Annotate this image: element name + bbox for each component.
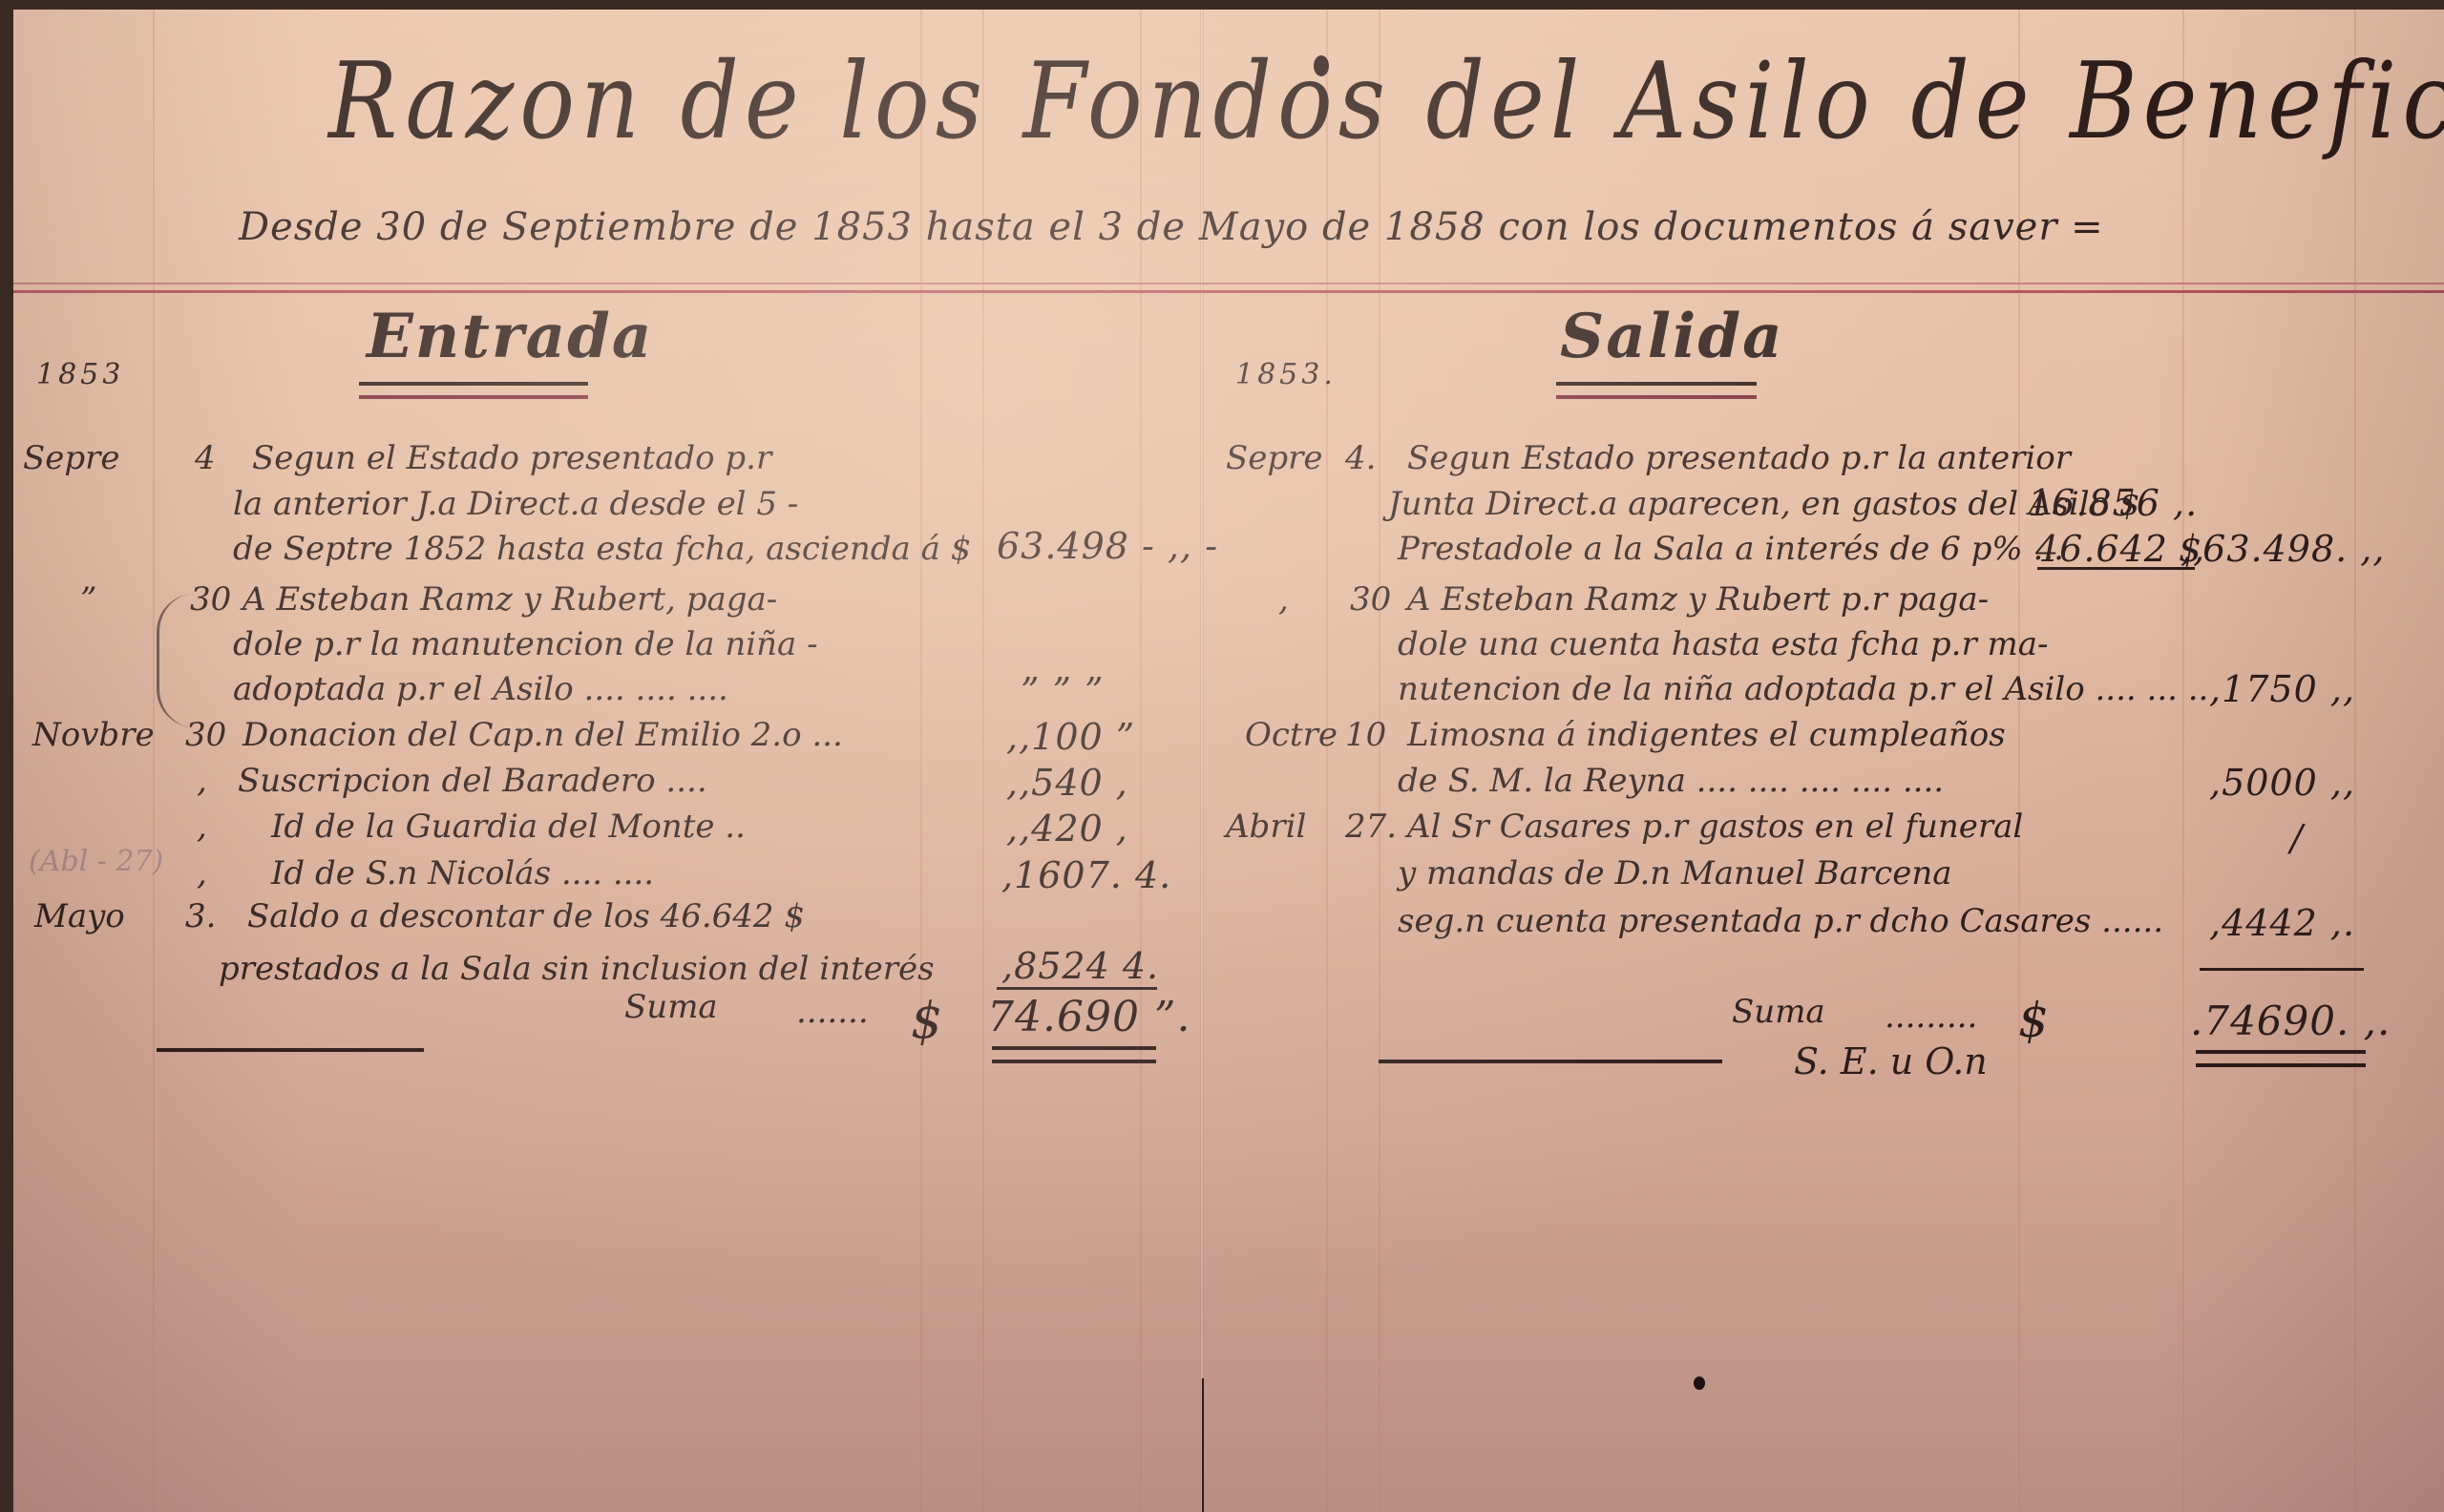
row-day: 27. [1345,808,1397,846]
row-month: Mayo [34,897,125,935]
sum-label: Suma [624,988,718,1026]
signoff: S. E. u O.n [1794,1040,1988,1082]
sum-label: Suma [1732,993,1825,1031]
row-description: A Esteban Ramz y Rubert, paga- [242,580,777,619]
row-amount: ,,100 ” [1006,716,1135,758]
ruling-line [2182,10,2184,1512]
row-day: 4 [195,439,216,477]
ruling-line [153,10,155,1512]
row-month: , [197,808,207,846]
closing-rule [157,1048,424,1052]
row-description: dole una cuenta hasta esta fcha p.r ma- [1398,625,2049,663]
subtotal-rule [2037,567,2195,570]
row-amount: ,4442 ,. [2209,902,2355,944]
row-day: 30 [190,580,231,619]
row-amount: ,5000 ,, [2209,762,2355,804]
salida-heading: Salida [1560,301,1784,372]
row-description: de Septre 1852 hasta esta fcha, ascienda… [233,530,971,568]
row-month: Sepre [1226,439,1323,477]
row-description: dole p.r la manutencion de la niña - [233,625,818,663]
row-description: y mandas de D.n Manuel Barcena [1398,854,1952,892]
row-description: Saldo a descontar de los 46.642 $ [247,897,805,935]
entrada-year: 1853 [36,358,124,391]
row-description: Al Sr Casares p.r gastos en el funeral [1407,808,2023,846]
row-month: Abril [1226,808,1306,846]
row-description: seg.n cuenta presentada p.r dcho Casares… [1398,902,2163,940]
row-description: A Esteban Ramz y Rubert p.r paga- [1407,580,1989,619]
row-month: Sepre [23,439,120,477]
row-description: prestados a la Sala sin inclusion del in… [219,950,935,988]
row-sub-amount: 16.856 ,. [2028,482,2198,524]
row-month: ” [80,580,96,619]
entrada-heading: Entrada [367,301,653,372]
row-day: 30 [185,716,226,754]
salida-year: 1853. [1235,358,1337,391]
page-title: Razon de los Fondos del Asilo de Benefic… [328,40,2444,163]
row-description: Id de la Guardia del Monte .. [271,808,746,846]
row-description: Donacion del Cap.n del Emilio 2.o ... [242,716,843,754]
row-amount: ,8524 4. [1001,945,1159,987]
header-rule [13,283,2444,284]
subtotal-rule [997,987,1157,990]
row-amount: ,1607. 4. [1001,854,1171,896]
row-description: Segun el Estado presentado p.r [252,439,771,477]
row-description: Limosna á indigentes el cumpleaños [1407,716,2006,754]
row-day: 3. [185,897,216,935]
sum-leader: ....... [796,993,869,1031]
row-description: de S. M. la Reyna .... .... .... .... ..… [1398,762,1944,800]
row-description: la anterior J.a Direct.a desde el 5 - [233,485,798,523]
total-double-rule [2196,1050,2366,1067]
ruling-line [2354,10,2356,1512]
row-day: 30 [1350,580,1391,619]
subtotal-rule [2200,968,2364,971]
ink-spot [1694,1376,1705,1390]
row-month: , [197,762,207,800]
row-amount: ,,420 , [1006,808,1128,850]
row-amount: ” ” ” [1021,670,1104,712]
row-description: Suscripcion del Baradero .... [238,762,707,800]
row-description: Prestadole a la Sala a interés de 6 p% .… [1398,530,2064,568]
fold-tear [1202,1378,1204,1512]
currency-sign: $ [911,993,943,1050]
row-amount: / [2290,817,2304,859]
row-amount: ,1750 ,, [2209,668,2355,710]
row-amount: 63.498 - ,, - [997,525,1218,567]
header-rule [13,290,2444,293]
heading-underline [1556,382,1757,399]
page-subtitle: Desde 30 de Septiembre de 1853 hasta el … [239,205,2104,249]
row-description: Id de S.n Nicolás .... .... [271,854,654,892]
pencil-margin-note: (Abl - 27) [29,845,163,878]
row-month: Octre [1245,716,1338,754]
row-day: 4. [1345,439,1376,477]
row-description: Segun Estado presentado p.r la anterior [1407,439,2071,477]
total-double-rule [992,1046,1156,1063]
sum-leader: ......... [1885,997,1977,1036]
row-amount: ,,540 , [1006,762,1128,804]
row-description: adoptada p.r el Asilo .... .... .... [233,670,728,708]
row-amount: $63.498. ,, [2179,528,2385,570]
closing-rule [1379,1060,1722,1063]
entrada-total: 74.690 ”. [987,993,1190,1041]
heading-underline [359,382,588,399]
salida-total: .74690. ,. [2190,997,2391,1044]
row-month: Novbre [32,716,155,754]
row-description: nutencion de la niña adoptada p.r el Asi… [1398,670,2208,708]
row-day: 10 [1345,716,1386,754]
currency-sign: $ [2018,993,2050,1048]
ink-blot [1314,55,1329,76]
ledger-page: Razon de los Fondos del Asilo de Benefic… [13,10,2444,1512]
row-month: , [1278,580,1289,619]
row-month: , [197,854,207,892]
